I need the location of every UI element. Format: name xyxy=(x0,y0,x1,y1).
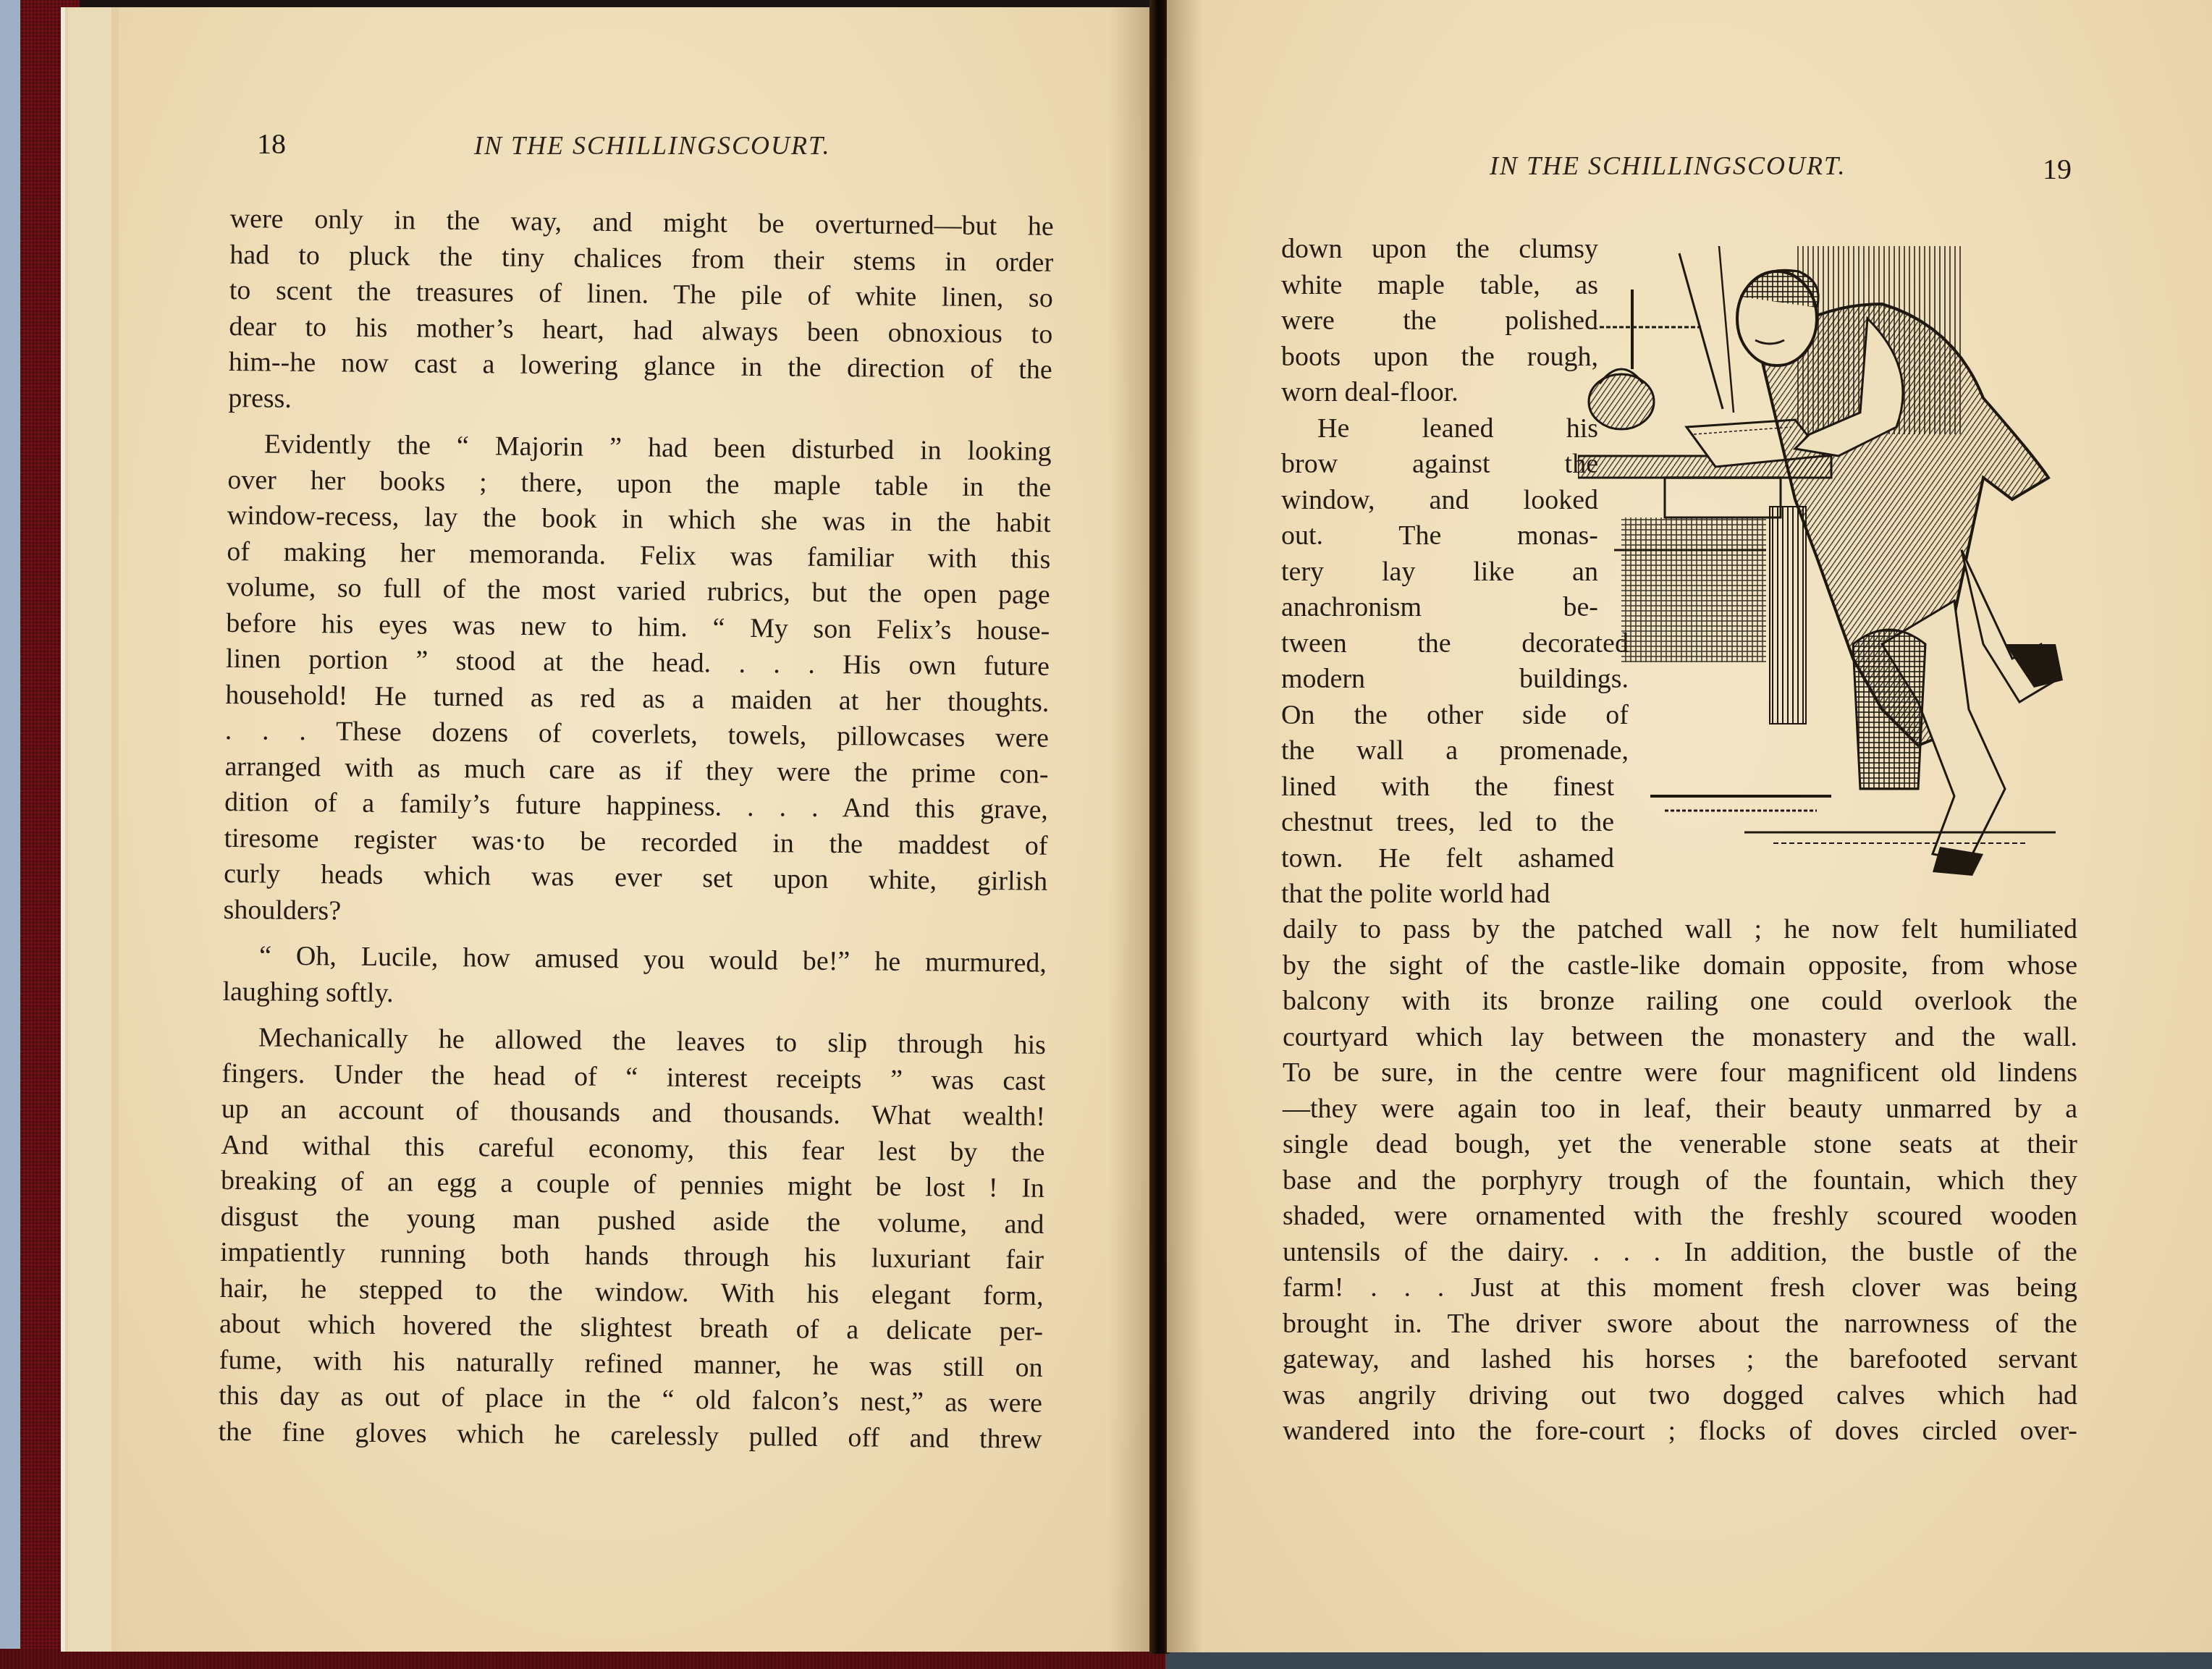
text-line: tween the decorated xyxy=(1281,626,1629,662)
text-line: chestnut trees, led to the xyxy=(1281,805,1614,841)
text-line: anachronism be- xyxy=(1281,590,1598,626)
text-line: brow against the xyxy=(1281,447,1598,483)
text-line: single dead bough, yet the venerable sto… xyxy=(1283,1127,2077,1163)
text-line: worn deal-floor. xyxy=(1281,375,1598,411)
text-line: wandered into the fore-court ; flocks of… xyxy=(1283,1414,2077,1450)
text-line: gateway, and lashed his horses ; the bar… xyxy=(1283,1342,2077,1378)
text-line: base and the porphyry trough of the foun… xyxy=(1283,1163,2077,1199)
text-line: window, and looked xyxy=(1281,483,1598,519)
book-cover-cloth-bottom xyxy=(0,1649,1165,1669)
text-line: On the other side of xyxy=(1281,698,1629,734)
page-number-left: 18 xyxy=(257,127,286,161)
text-line: untensils of the dairy. . . . In additio… xyxy=(1283,1235,2077,1271)
text-line: was angrily driving out two dogged calve… xyxy=(1283,1378,2077,1414)
engraving-illustration xyxy=(1578,239,2077,890)
text-line: down upon the clumsy xyxy=(1281,232,1598,268)
text-line: courtyard which lay between the monaster… xyxy=(1283,1020,2077,1056)
text-line: white maple table, as xyxy=(1281,268,1598,304)
running-head-left: IN THE SCHILLINGSCOURT. xyxy=(474,130,830,161)
text-line: out. The monas- xyxy=(1281,518,1598,554)
text-line: by the sight of the castle-like domain o… xyxy=(1283,948,2077,984)
text-line: farm! . . . Just at this moment fresh cl… xyxy=(1283,1270,2077,1306)
running-head-right: IN THE SCHILLINGSCOURT. xyxy=(1490,151,1846,181)
text-line: lined with the finest xyxy=(1281,769,1614,806)
text-line: that the polite world had xyxy=(1281,876,1614,913)
text-line: shaded, were ornamented with the freshly… xyxy=(1283,1199,2077,1235)
right-page-narrow-column: down upon the clumsy white maple table, … xyxy=(1281,232,1598,913)
man-at-window-engraving-icon xyxy=(1578,239,2077,890)
text-line: tery lay like an xyxy=(1281,554,1598,591)
text-line: balcony with its bronze railing one coul… xyxy=(1283,984,2077,1020)
text-line: —they were again too in leaf, their beau… xyxy=(1283,1091,2077,1128)
text-line: brought in. The driver swore about the n… xyxy=(1283,1306,2077,1343)
left-page-text: were only in the way, and might be overt… xyxy=(218,201,1054,1458)
right-page-full-column: daily to pass by the patched wall ; he n… xyxy=(1283,912,2077,1450)
text-line: To be sure, in the centre were four magn… xyxy=(1283,1055,2077,1091)
scan-background-left xyxy=(0,0,20,1669)
text-line: town. He felt ashamed xyxy=(1281,841,1614,877)
paragraph-start: He leaned his xyxy=(1281,411,1598,447)
text-line: were the polished xyxy=(1281,303,1598,339)
page-number-right: 19 xyxy=(2043,152,2072,186)
text-line: modern buildings. xyxy=(1281,662,1629,698)
text-line: daily to pass by the patched wall ; he n… xyxy=(1283,912,2077,948)
text-line: the wall a promenade, xyxy=(1281,733,1629,769)
text-line: boots upon the rough, xyxy=(1281,339,1598,376)
